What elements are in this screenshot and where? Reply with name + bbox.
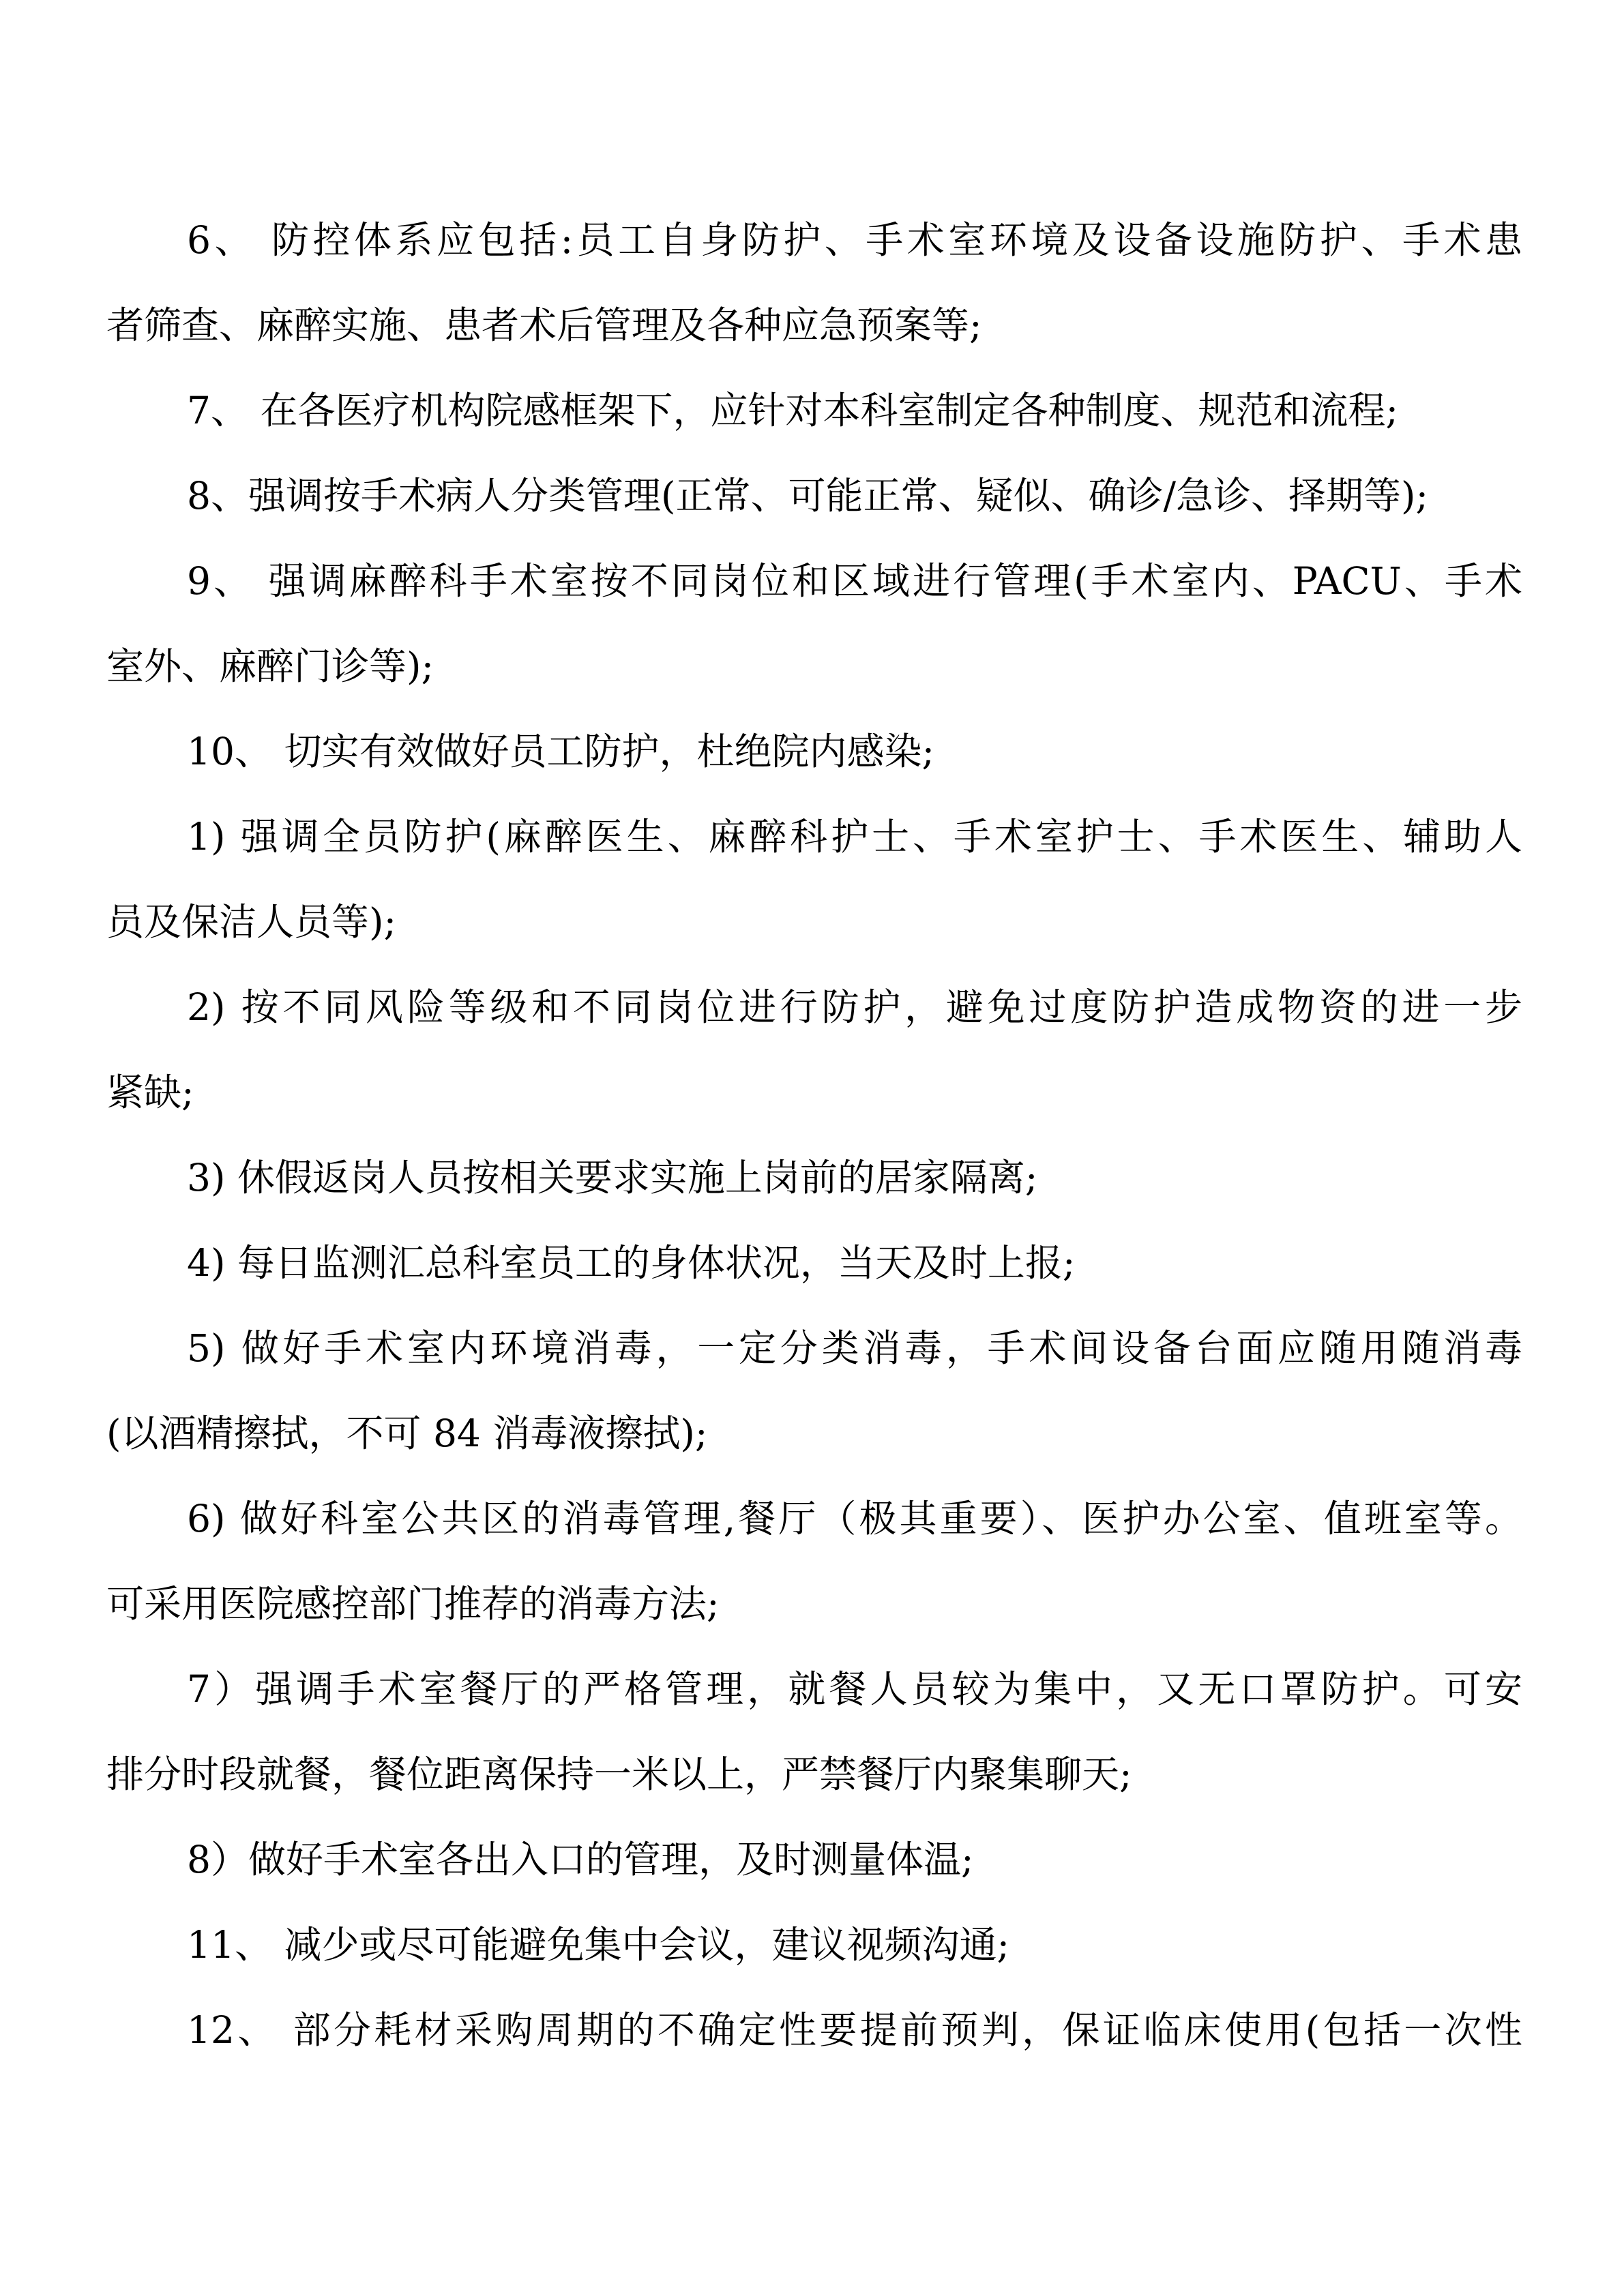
document-line: 者筛查、麻醉实施、患者术后管理及各种应急预案等; <box>106 283 1522 368</box>
document-line: 紧缺; <box>106 1050 1522 1135</box>
document-line: 11、 减少或尽可能避免集中会议，建议视频沟通; <box>106 1903 1522 1988</box>
document-line: 7、 在各医疗机构院感框架下，应针对本科室制定各种制度、规范和流程; <box>106 368 1522 453</box>
document-page: 6、 防控体系应包括:员工自身防护、手术室环境及设备设施防护、手术患 者筛查、麻… <box>0 0 1624 2296</box>
document-line: 12、 部分耗材采购周期的不确定性要提前预判，保证临床使用(包括一次性 <box>106 1988 1522 2073</box>
document-line: 1) 强调全员防护(麻醉医生、麻醉科护士、手术室护士、手术医生、辅助人 <box>106 794 1522 880</box>
document-line: 8、强调按手术病人分类管理(正常、可能正常、疑似、确诊/急诊、择期等); <box>106 453 1522 539</box>
document-line: 排分时段就餐，餐位距离保持一米以上，严禁餐厅内聚集聊天; <box>106 1732 1522 1817</box>
document-line: (以酒精擦拭，不可 84 消毒液擦拭); <box>106 1391 1522 1476</box>
document-line: 6) 做好科室公共区的消毒管理,餐厅（极其重要）、医护办公室、值班室等。 <box>106 1476 1522 1562</box>
document-line: 8）做好手术室各出入口的管理，及时测量体温; <box>106 1817 1522 1903</box>
document-line: 4) 每日监测汇总科室员工的身体状况，当天及时上报; <box>106 1221 1522 1306</box>
document-line: 可采用医院感控部门推荐的消毒方法; <box>106 1562 1522 1647</box>
document-line: 6、 防控体系应包括:员工自身防护、手术室环境及设备设施防护、手术患 <box>106 198 1522 283</box>
document-line: 7）强调手术室餐厅的严格管理，就餐人员较为集中，又无口罩防护。可安 <box>106 1647 1522 1732</box>
document-line: 5) 做好手术室内环境消毒，一定分类消毒，手术间设备台面应随用随消毒 <box>106 1306 1522 1391</box>
document-line: 室外、麻醉门诊等); <box>106 624 1522 709</box>
document-body: 6、 防控体系应包括:员工自身防护、手术室环境及设备设施防护、手术患 者筛查、麻… <box>106 198 1522 2073</box>
document-line: 3) 休假返岗人员按相关要求实施上岗前的居家隔离; <box>106 1135 1522 1221</box>
document-line: 员及保洁人员等); <box>106 880 1522 965</box>
document-line: 9、 强调麻醉科手术室按不同岗位和区域进行管理(手术室内、PACU、手术 <box>106 539 1522 624</box>
document-line: 2) 按不同风险等级和不同岗位进行防护，避免过度防护造成物资的进一步 <box>106 965 1522 1050</box>
document-line: 10、 切实有效做好员工防护，杜绝院内感染; <box>106 709 1522 794</box>
